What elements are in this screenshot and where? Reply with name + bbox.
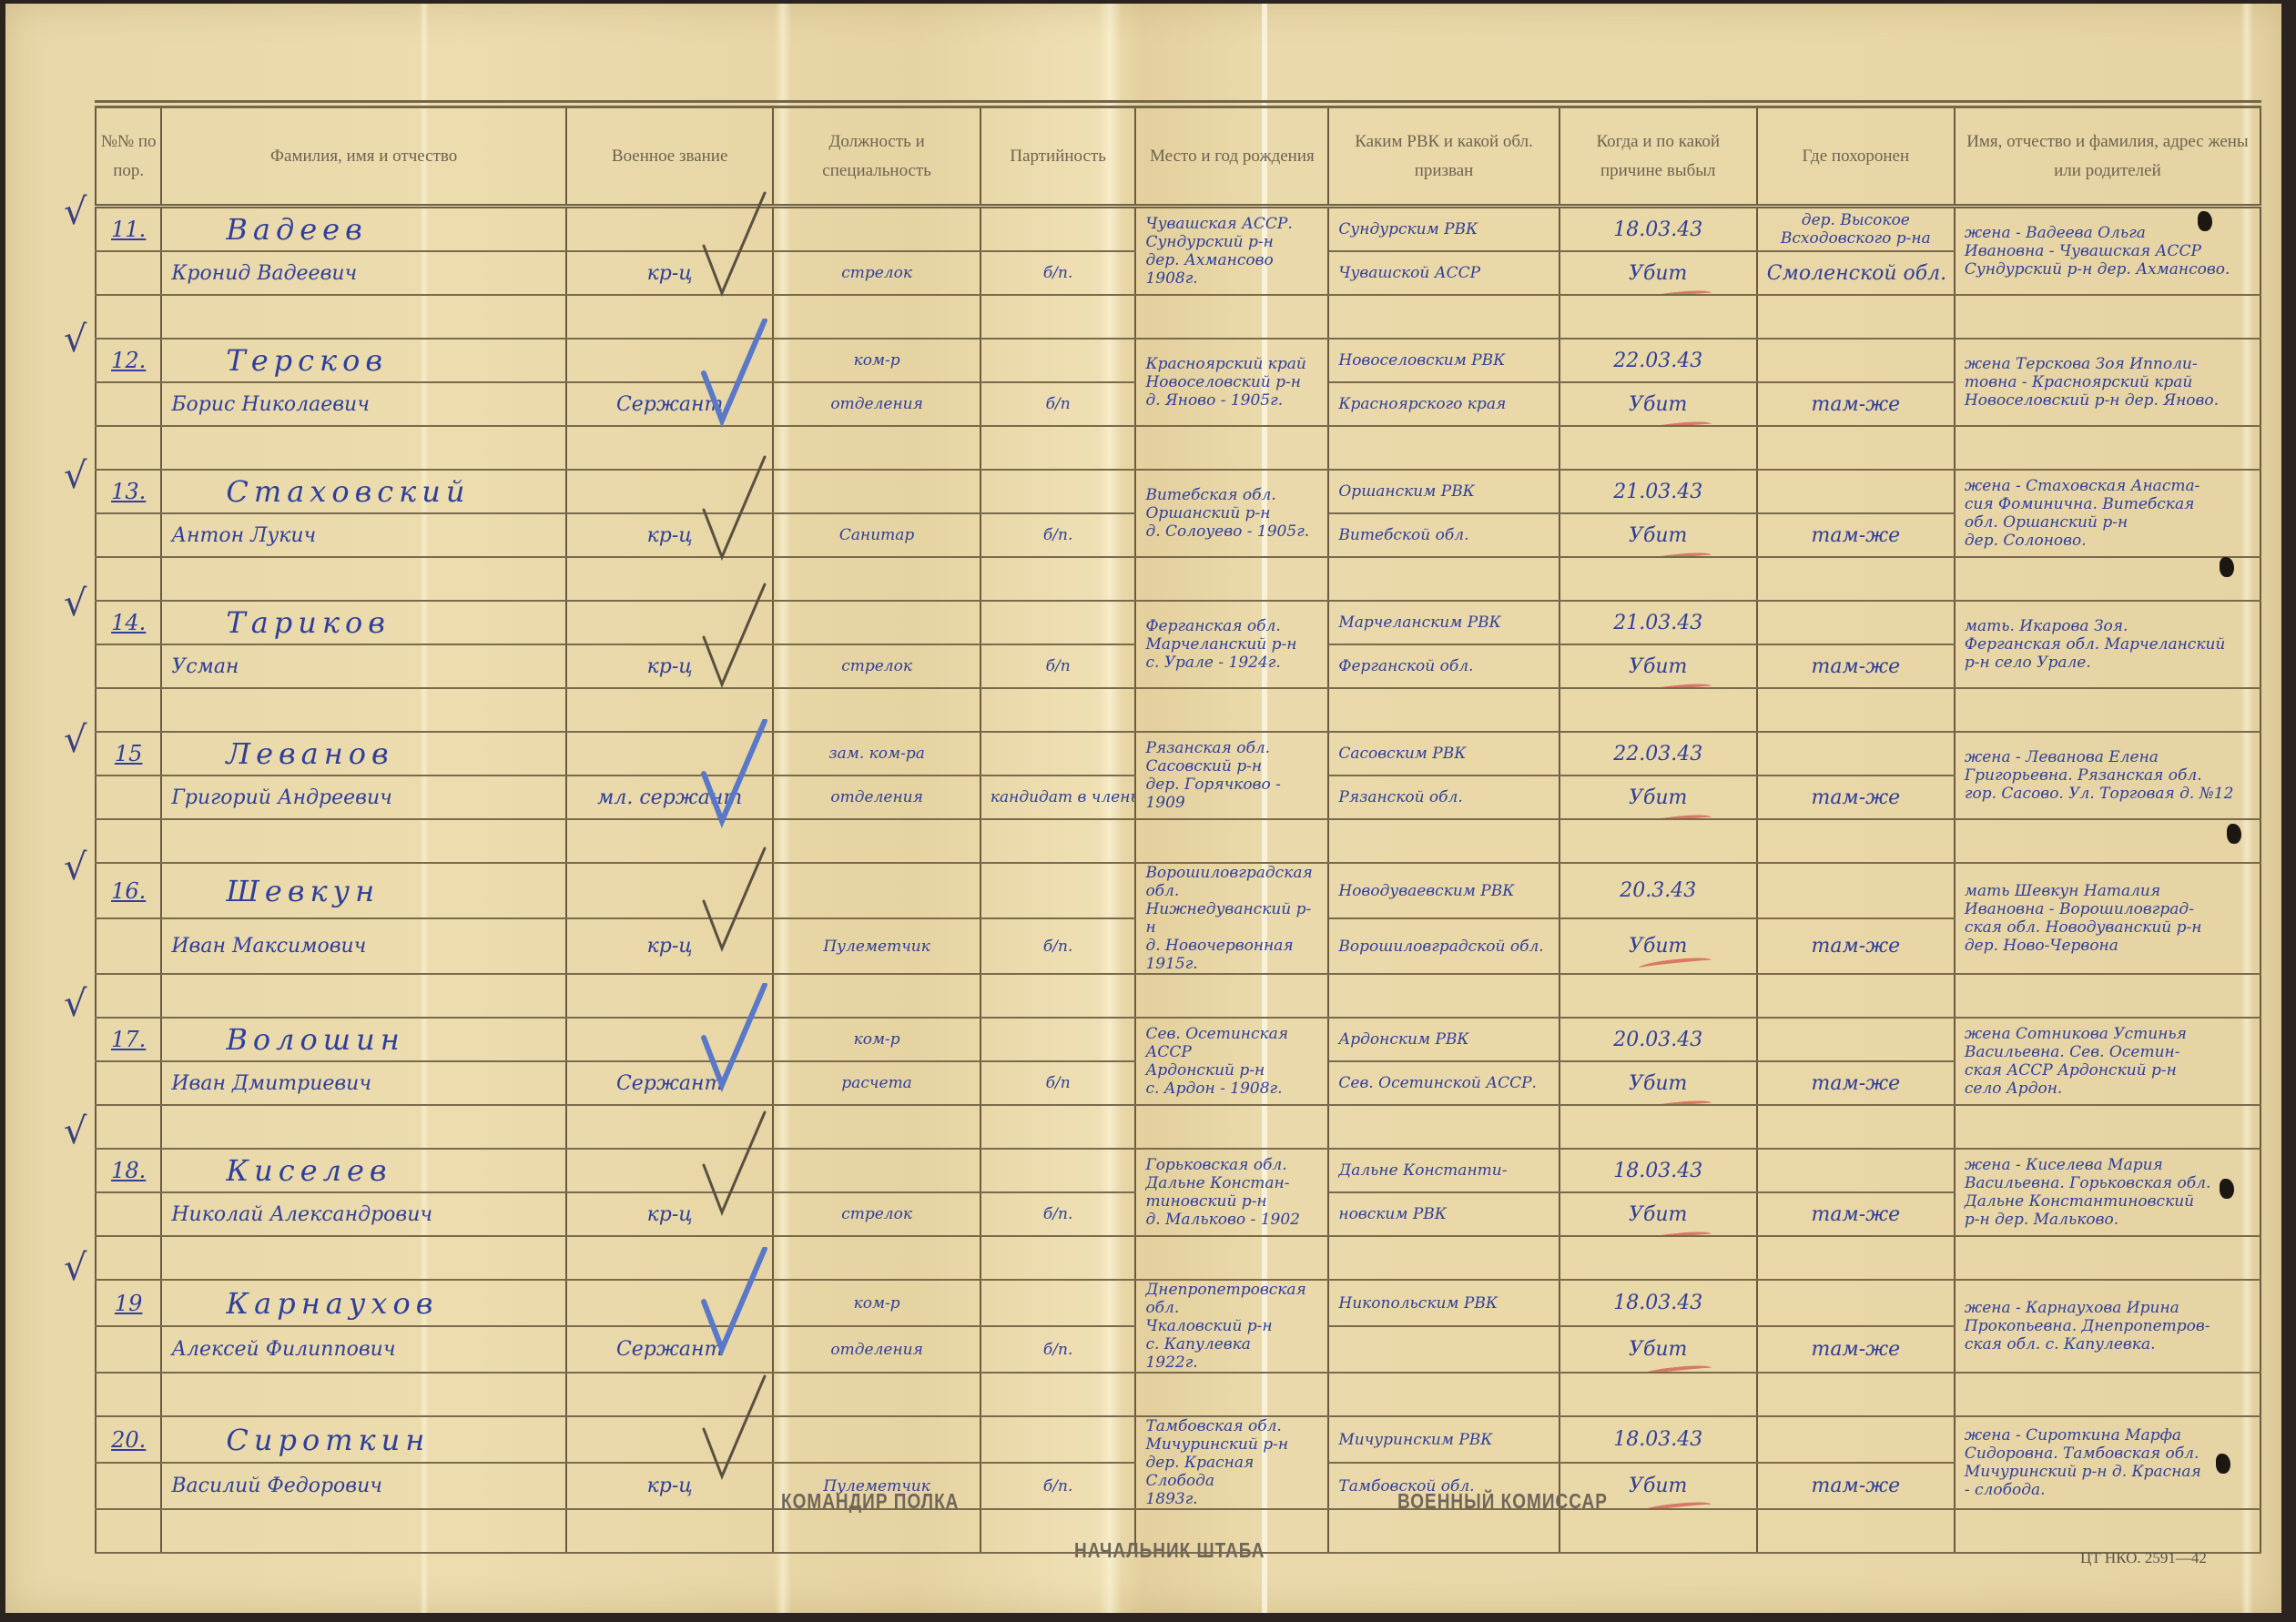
entry-party: б/п. bbox=[980, 1463, 1136, 1509]
entry-reason: Убит bbox=[1559, 1061, 1757, 1105]
entry-position-line: ком-р bbox=[773, 1018, 980, 1061]
entry-reason: Убит bbox=[1559, 776, 1757, 819]
entry-rvk-line: Рязанской обл. bbox=[1328, 776, 1559, 819]
chief-of-staff-label: НАЧАЛЬНИК ШТАБА bbox=[1074, 1540, 1265, 1564]
entry-rvk-line: Сев. Осетинской АССР. bbox=[1328, 1061, 1559, 1105]
entry-given-names: Василий Федорович bbox=[161, 1463, 566, 1509]
header-relatives: Имя, отчество и фамилия, адрес жены или … bbox=[1955, 105, 2260, 207]
entry-gap-cell bbox=[1559, 974, 1757, 1018]
entry-birthplace-line: Оршанский р-н bbox=[1145, 504, 1318, 522]
entry-gap-cell bbox=[96, 819, 161, 863]
entry-birthplace: Чувашская АССР.Сундурский р-ндер. Ахманс… bbox=[1135, 207, 1328, 296]
entry-relatives-line: сия Фоминична. Витебская bbox=[1965, 495, 2250, 513]
entry-burial bbox=[1757, 601, 1955, 644]
entry-gap-cell bbox=[1955, 819, 2260, 863]
entry-gap-cell bbox=[1955, 688, 2260, 732]
header-number: №№ по пор. bbox=[96, 105, 161, 207]
entry-relatives: мать Шевкун НаталияИвановна - Ворошиловг… bbox=[1955, 863, 2260, 974]
entry-gap-cell bbox=[1757, 1236, 1955, 1280]
entry-spacer bbox=[96, 513, 161, 557]
entry-relatives: жена - Карнаухова ИринаПрокопьевна. Днеп… bbox=[1955, 1280, 2260, 1373]
entry-party-blank bbox=[980, 1280, 1136, 1326]
entry-gap-cell bbox=[1955, 1105, 2260, 1149]
margin-check-icon: √ bbox=[64, 191, 87, 233]
entry-gap-cell bbox=[161, 1373, 566, 1416]
entry-burial bbox=[1757, 732, 1955, 776]
entry-gap-cell bbox=[1328, 1373, 1559, 1416]
entry-burial bbox=[1757, 1149, 1955, 1192]
entry-party-blank bbox=[980, 207, 1136, 252]
entry-burial-place: Смоленской обл. bbox=[1757, 251, 1955, 295]
entry-surname: Волошин bbox=[161, 1018, 566, 1061]
entry-burial bbox=[1757, 1018, 1955, 1061]
margin-check-icon: √ bbox=[64, 846, 87, 888]
entry-spacer bbox=[96, 918, 161, 974]
entry-birthplace: Сев. Осетинская АССРАрдонский р-нс. Ардо… bbox=[1135, 1018, 1328, 1105]
header-full-name: Фамилия, имя и отчество bbox=[161, 105, 566, 207]
entry-gap-row bbox=[96, 426, 2260, 470]
verification-check-icon bbox=[696, 455, 769, 564]
entry-relatives-line: ская АССР Ардонский р-н bbox=[1965, 1061, 2250, 1080]
entry-birthplace-line: Тамбовская обл. bbox=[1145, 1417, 1318, 1435]
entry-relatives: жена - Леванова ЕленаГригорьевна. Рязанс… bbox=[1955, 732, 2260, 819]
entry-position-line: отделения bbox=[773, 382, 980, 426]
entry-gap-cell bbox=[1135, 1373, 1328, 1416]
entry-gap-cell bbox=[96, 1236, 161, 1280]
entry-burial-place: там-же bbox=[1757, 776, 1955, 819]
entry-birthplace-line: 1893г. bbox=[1145, 1490, 1318, 1508]
verification-check-icon bbox=[696, 846, 769, 956]
entry-position-line bbox=[773, 207, 980, 252]
entry-number: 13. bbox=[96, 470, 161, 513]
entry-surname: Вадеев bbox=[161, 207, 566, 252]
entry-birthplace-line: с. Урале - 1924г. bbox=[1145, 654, 1318, 672]
entry-row: 17.Волошинком-рСев. Осетинская АССРАрдон… bbox=[96, 1018, 2260, 1061]
entry-birthplace-line: Сундурский р-н bbox=[1145, 233, 1318, 251]
entry-birthplace-line: 1922г. bbox=[1145, 1353, 1318, 1372]
entry-party-blank bbox=[980, 339, 1136, 382]
entry-birthplace-line: дер. Ахмансово bbox=[1145, 251, 1318, 269]
entry-surname: Сироткин bbox=[161, 1416, 566, 1463]
entry-rvk-line: Новоселовским РВК bbox=[1328, 339, 1559, 382]
entry-birthplace-line: Витебская обл. bbox=[1145, 486, 1318, 504]
entry-gap-row bbox=[96, 688, 2260, 732]
entry-surname: Карнаухов bbox=[161, 1280, 566, 1326]
entry-gap-cell bbox=[1135, 295, 1328, 339]
verification-check-icon bbox=[696, 583, 769, 692]
entry-birthplace-line: д. Яново - 1905г. bbox=[1145, 391, 1318, 410]
entry-gap-cell bbox=[161, 974, 566, 1018]
entry-date: 18.03.43 bbox=[1559, 1280, 1757, 1326]
header-date-reason: Когда и по какой причине выбыл bbox=[1559, 105, 1757, 207]
entry-burial-line: дер. Высокое bbox=[1767, 211, 1945, 229]
entry-gap-cell bbox=[1559, 819, 1757, 863]
margin-check-icon: √ bbox=[64, 455, 87, 497]
entry-gap-row bbox=[96, 295, 2260, 339]
entry-party: б/п. bbox=[980, 918, 1136, 974]
entry-burial bbox=[1757, 1416, 1955, 1463]
entry-gap-cell bbox=[773, 974, 980, 1018]
margin-check-icon: √ bbox=[64, 1247, 87, 1289]
entry-position-line: стрелок bbox=[773, 644, 980, 688]
entry-gap-cell bbox=[1955, 1509, 2260, 1553]
entry-gap-cell bbox=[1955, 1236, 2260, 1280]
entry-birthplace: Тамбовская обл.Мичуринский р-ндер. Красн… bbox=[1135, 1416, 1328, 1509]
entry-relatives-line: жена - Стаховская Анаста- bbox=[1965, 477, 2250, 495]
entry-gap-cell bbox=[980, 1105, 1136, 1149]
entry-gap-cell bbox=[161, 1509, 566, 1553]
entry-gap-cell bbox=[1757, 1373, 1955, 1416]
entry-position-line: Санитар bbox=[773, 513, 980, 557]
entry-relatives-line: мать Шевкун Наталия bbox=[1965, 882, 2250, 900]
entry-relatives-line: Мичуринский р-н д. Красная bbox=[1965, 1463, 2250, 1481]
header-rvk: Каким РВК и какой обл. призван bbox=[1328, 105, 1559, 207]
entry-row: 13.СтаховскийВитебская обл.Оршанский р-н… bbox=[96, 470, 2260, 513]
margin-check-icon: √ bbox=[64, 319, 87, 360]
entry-gap-cell bbox=[96, 974, 161, 1018]
entry-party: б/п bbox=[980, 644, 1136, 688]
entry-birthplace-line: Чкаловский р-н bbox=[1145, 1317, 1318, 1335]
entry-relatives-line: жена - Киселева Мария bbox=[1965, 1156, 2250, 1174]
entry-birthplace-line: д. Солоуево - 1905г. bbox=[1145, 522, 1318, 541]
entry-gap-cell bbox=[96, 1509, 161, 1553]
entry-relatives-line: обл. Оршанский р-н bbox=[1965, 513, 2250, 532]
margin-check-icon: √ bbox=[64, 583, 87, 624]
entry-gap-cell bbox=[1559, 688, 1757, 732]
entry-party-blank bbox=[980, 1018, 1136, 1061]
entry-gap-cell bbox=[1757, 1509, 1955, 1553]
entry-party: б/п bbox=[980, 382, 1136, 426]
entry-birthplace-line: Ворошиловградская обл. bbox=[1145, 864, 1318, 900]
entry-gap-cell bbox=[773, 819, 980, 863]
entry-gap-cell bbox=[773, 295, 980, 339]
verification-check-icon bbox=[696, 983, 769, 1092]
entry-rvk-line: Дальне Константи- bbox=[1328, 1149, 1559, 1192]
entry-rvk-line: Новодуваевским РВК bbox=[1328, 863, 1559, 918]
entry-relatives-line: жена - Карнаухова Ирина bbox=[1965, 1299, 2250, 1317]
entry-relatives-line: жена Терскова Зоя Ипполи- bbox=[1965, 355, 2250, 373]
entry-surname: Терсков bbox=[161, 339, 566, 382]
entry-party-blank bbox=[980, 732, 1136, 776]
entry-given-names: Антон Лукич bbox=[161, 513, 566, 557]
entry-rvk-line: Никопольским РВК bbox=[1328, 1280, 1559, 1326]
entry-surname: Тариков bbox=[161, 601, 566, 644]
entry-rvk-line bbox=[1328, 1326, 1559, 1373]
entry-gap-row bbox=[96, 557, 2260, 601]
entry-birthplace-line: Чувашская АССР. bbox=[1145, 215, 1318, 233]
margin-check-icon: √ bbox=[64, 983, 87, 1025]
register-body: 11.ВадеевЧувашская АССР.Сундурский р-нде… bbox=[96, 207, 2260, 1554]
entry-party-blank bbox=[980, 863, 1136, 918]
entry-position-line: ком-р bbox=[773, 339, 980, 382]
entry-number: 18. bbox=[96, 1149, 161, 1192]
entry-birthplace-line: Мичуринский р-н bbox=[1145, 1435, 1318, 1454]
entry-date: 21.03.43 bbox=[1559, 470, 1757, 513]
entry-gap-cell bbox=[161, 426, 566, 470]
entry-gap-cell bbox=[773, 1509, 980, 1553]
entry-position-line: Пулеметчик bbox=[773, 918, 980, 974]
entry-gap-row bbox=[96, 1236, 2260, 1280]
entry-gap-cell bbox=[96, 1105, 161, 1149]
entry-party-blank bbox=[980, 1416, 1136, 1463]
entry-birthplace: Красноярский крайНовоселовский р-нд. Яно… bbox=[1135, 339, 1328, 426]
entry-party-blank bbox=[980, 470, 1136, 513]
entry-gap-cell bbox=[1757, 426, 1955, 470]
entry-burial-place: там-же bbox=[1757, 1326, 1955, 1373]
entry-birthplace-line: Горьковская обл. bbox=[1145, 1156, 1318, 1174]
entry-gap-cell bbox=[1135, 974, 1328, 1018]
entry-relatives-line: ская обл. с. Капулевка. bbox=[1965, 1335, 2250, 1353]
entry-given-names: Алексей Филиппович bbox=[161, 1326, 566, 1373]
entry-given-names: Иван Максимович bbox=[161, 918, 566, 974]
entry-gap-cell bbox=[1757, 819, 1955, 863]
entry-gap-cell bbox=[1559, 1373, 1757, 1416]
entry-surname: Киселев bbox=[161, 1149, 566, 1192]
entry-number: 16. bbox=[96, 863, 161, 918]
header-row: №№ по пор. Фамилия, имя и отчество Военн… bbox=[96, 105, 2260, 207]
entry-position-line bbox=[773, 601, 980, 644]
entry-party: б/п. bbox=[980, 513, 1136, 557]
entry-birthplace-line: Сасовский р-н bbox=[1145, 757, 1318, 776]
form-code: ЦТ НКО. 2591—42 bbox=[2080, 1549, 2207, 1567]
entry-position-line bbox=[773, 863, 980, 918]
entry-gap-cell bbox=[980, 974, 1136, 1018]
entry-gap-cell bbox=[773, 688, 980, 732]
entry-number: 15 bbox=[96, 732, 161, 776]
entry-birthplace-line: Марчеланский р-н bbox=[1145, 635, 1318, 654]
entry-spacer bbox=[96, 251, 161, 295]
entry-position-line: отделения bbox=[773, 1326, 980, 1373]
entry-gap-cell bbox=[1328, 295, 1559, 339]
entry-party-blank bbox=[980, 1149, 1136, 1192]
entry-position-line bbox=[773, 470, 980, 513]
entry-burial-place: там-же bbox=[1757, 644, 1955, 688]
entry-rvk-line: Ардонским РВК bbox=[1328, 1018, 1559, 1061]
entry-burial-place: там-же bbox=[1757, 382, 1955, 426]
entry-rvk-line: Сундурским РВК bbox=[1328, 207, 1559, 252]
entry-position-line bbox=[773, 1149, 980, 1192]
entry-gap-cell bbox=[773, 1236, 980, 1280]
entry-birthplace-line: Сев. Осетинская АССР bbox=[1145, 1025, 1318, 1061]
margin-check-icon: √ bbox=[64, 719, 87, 761]
entry-birthplace-line: с. Капулевка bbox=[1145, 1335, 1318, 1353]
entry-gap-cell bbox=[1757, 557, 1955, 601]
entry-position-line: стрелок bbox=[773, 251, 980, 295]
entry-gap-cell bbox=[161, 688, 566, 732]
entry-gap-cell bbox=[980, 557, 1136, 601]
entry-party: б/п. bbox=[980, 251, 1136, 295]
entry-gap-row bbox=[96, 1105, 2260, 1149]
entry-gap-cell bbox=[161, 295, 566, 339]
header-birth: Место и год рождения bbox=[1135, 105, 1328, 207]
entry-gap-cell bbox=[1559, 1236, 1757, 1280]
entry-burial bbox=[1757, 339, 1955, 382]
entry-row: 15Левановзам. ком-раРязанская обл.Сасовс… bbox=[96, 732, 2260, 776]
entry-burial bbox=[1757, 1280, 1955, 1326]
entry-date: 22.03.43 bbox=[1559, 339, 1757, 382]
entry-relatives-line: р-н село Урале. bbox=[1965, 654, 2250, 672]
entry-gap-cell bbox=[980, 426, 1136, 470]
entry-birthplace-line: Новоселовский р-н bbox=[1145, 373, 1318, 391]
entry-surname: Стаховский bbox=[161, 470, 566, 513]
paper-damage-hole bbox=[2220, 557, 2234, 577]
entry-relatives-line: дер. Ново-Червона bbox=[1965, 937, 2250, 955]
entry-number: 17. bbox=[96, 1018, 161, 1061]
entry-gap-cell bbox=[1135, 1105, 1328, 1149]
entry-party-blank bbox=[980, 601, 1136, 644]
entry-birthplace-line: Красноярский край bbox=[1145, 355, 1318, 373]
entry-party: б/п. bbox=[980, 1192, 1136, 1236]
entry-given-names: Григорий Андреевич bbox=[161, 776, 566, 819]
entry-row: 11.ВадеевЧувашская АССР.Сундурский р-нде… bbox=[96, 207, 2260, 252]
entry-birthplace-line: Ферганская обл. bbox=[1145, 617, 1318, 635]
entry-birthplace: Ферганская обл.Марчеланский р-нс. Урале … bbox=[1135, 601, 1328, 688]
entry-relatives: жена - Сироткина МарфаСидоровна. Тамбовс… bbox=[1955, 1416, 2260, 1509]
verification-check-icon bbox=[696, 1110, 769, 1220]
entry-row: 18.КиселевГорьковская обл.Дальне Констан… bbox=[96, 1149, 2260, 1192]
paper-damage-hole bbox=[2216, 1454, 2230, 1474]
entry-given-names: Усман bbox=[161, 644, 566, 688]
entry-given-names: Иван Дмитриевич bbox=[161, 1061, 566, 1105]
entry-gap-cell bbox=[1135, 1236, 1328, 1280]
entry-birthplace: Рязанская обл.Сасовский р-ндер. Горячков… bbox=[1135, 732, 1328, 819]
entry-birthplace-line: д. Новочервонная bbox=[1145, 937, 1318, 955]
entry-birthplace: Витебская обл.Оршанский р-нд. Солоуево -… bbox=[1135, 470, 1328, 557]
entry-surname: Леванов bbox=[161, 732, 566, 776]
verification-check-icon bbox=[696, 719, 769, 828]
entry-gap-cell bbox=[1559, 426, 1757, 470]
entry-gap-cell bbox=[773, 1105, 980, 1149]
entry-relatives-line: Прокопьевна. Днепропетров- bbox=[1965, 1317, 2250, 1335]
entry-date: 18.03.43 bbox=[1559, 1149, 1757, 1192]
verification-check-icon bbox=[696, 191, 769, 300]
header-burial: Где похоронен bbox=[1757, 105, 1955, 207]
entry-gap-cell bbox=[1135, 426, 1328, 470]
entry-gap-cell bbox=[1559, 1509, 1757, 1553]
margin-check-icon: √ bbox=[64, 1110, 87, 1152]
entry-party: кандидат в члены ВКП(б) bbox=[980, 776, 1136, 819]
entry-date: 20.3.43 bbox=[1559, 863, 1757, 918]
entry-gap-cell bbox=[773, 557, 980, 601]
entry-number: 19 bbox=[96, 1280, 161, 1326]
entry-row: 12.Терсковком-рКрасноярский крайНовосело… bbox=[96, 339, 2260, 382]
entry-gap-cell bbox=[1757, 295, 1955, 339]
entry-gap-cell bbox=[1328, 688, 1559, 732]
entry-gap-cell bbox=[1955, 557, 2260, 601]
entry-number: 20. bbox=[96, 1416, 161, 1463]
entry-gap-cell bbox=[1955, 1373, 2260, 1416]
entry-burial-place: там-же bbox=[1757, 918, 1955, 974]
entry-date: 21.03.43 bbox=[1559, 601, 1757, 644]
entry-birthplace-line: Ардонский р-н bbox=[1145, 1061, 1318, 1080]
entry-relatives-line: Ивановна - Чувашская АССР bbox=[1965, 242, 2250, 260]
entry-gap-cell bbox=[161, 819, 566, 863]
entry-reason: Убит bbox=[1559, 1326, 1757, 1373]
entry-party: б/п bbox=[980, 1061, 1136, 1105]
entry-relatives-line: жена - Леванова Елена bbox=[1965, 748, 2250, 766]
entry-birthplace-line: Дальне Констан- bbox=[1145, 1174, 1318, 1192]
entry-position-line: стрелок bbox=[773, 1192, 980, 1236]
entry-gap-cell bbox=[1135, 557, 1328, 601]
entry-gap-cell bbox=[980, 688, 1136, 732]
entry-position-line: отделения bbox=[773, 776, 980, 819]
entry-gap-cell bbox=[161, 1236, 566, 1280]
entry-gap-cell bbox=[1955, 974, 2260, 1018]
entry-relatives-line: Григорьевна. Рязанская обл. bbox=[1965, 766, 2250, 785]
entry-surname: Шевкун bbox=[161, 863, 566, 918]
entry-birthplace-line: 1908г. bbox=[1145, 269, 1318, 288]
entry-reason: Убит bbox=[1559, 918, 1757, 974]
paper-damage-hole bbox=[2220, 1179, 2234, 1199]
entry-gap-cell bbox=[1955, 426, 2260, 470]
entry-reason: Убит bbox=[1559, 251, 1757, 295]
entry-relatives-line: Дальне Константиновский bbox=[1965, 1192, 2250, 1211]
entry-gap-cell bbox=[1328, 557, 1559, 601]
entry-burial bbox=[1757, 470, 1955, 513]
header-position: Должность и специальность bbox=[773, 105, 980, 207]
entry-rvk-line: новским РВК bbox=[1328, 1192, 1559, 1236]
entry-spacer bbox=[96, 1463, 161, 1509]
entry-given-names: Николай Александрович bbox=[161, 1192, 566, 1236]
verification-check-icon bbox=[696, 319, 769, 428]
entry-gap-cell bbox=[1328, 1105, 1559, 1149]
casualty-register-table: №№ по пор. Фамилия, имя и отчество Военн… bbox=[95, 100, 2261, 1554]
entry-number: 11. bbox=[96, 207, 161, 252]
entry-birthplace-line: 1915г. bbox=[1145, 955, 1318, 973]
entry-given-names: Борис Николаевич bbox=[161, 382, 566, 426]
entry-reason: Убит bbox=[1559, 382, 1757, 426]
entry-rvk-line: Витебской обл. bbox=[1328, 513, 1559, 557]
entry-relatives: мать. Икарова Зоя.Ферганская обл. Марчел… bbox=[1955, 601, 2260, 688]
entry-date: 18.03.43 bbox=[1559, 1416, 1757, 1463]
entry-relatives-line: жена Сотникова Устинья bbox=[1965, 1025, 2250, 1043]
entry-position-line: расчета bbox=[773, 1061, 980, 1105]
entry-relatives-line: мать. Икарова Зоя. bbox=[1965, 617, 2250, 635]
entry-gap-row bbox=[96, 819, 2260, 863]
entry-date: 18.03.43 bbox=[1559, 207, 1757, 252]
entry-gap-cell bbox=[1955, 295, 2260, 339]
entry-reason: Убит bbox=[1559, 644, 1757, 688]
entry-gap-cell bbox=[980, 295, 1136, 339]
entry-spacer bbox=[96, 1061, 161, 1105]
entry-relatives-line: - слобода. bbox=[1965, 1481, 2250, 1499]
entry-position-line: зам. ком-ра bbox=[773, 732, 980, 776]
entry-row: 20.СироткинТамбовская обл.Мичуринский р-… bbox=[96, 1416, 2260, 1463]
entry-gap-cell bbox=[1328, 426, 1559, 470]
entry-gap-cell bbox=[1559, 295, 1757, 339]
entry-spacer bbox=[96, 776, 161, 819]
entry-relatives-line: Васильевна. Горьковская обл. bbox=[1965, 1174, 2250, 1192]
paper-damage-hole bbox=[2227, 824, 2241, 844]
entry-birthplace-line: Днепропетровская обл. bbox=[1145, 1281, 1318, 1317]
entry-gap-cell bbox=[96, 295, 161, 339]
entry-relatives-line: Ивановна - Ворошиловград- bbox=[1965, 900, 2250, 918]
entry-birthplace-line: с. Ардон - 1908г. bbox=[1145, 1080, 1318, 1098]
entry-birthplace: Ворошиловградская обл.Нижнедуванский р-н… bbox=[1135, 863, 1328, 974]
entry-relatives-line: гор. Сасово. Ул. Торговая д. №12 bbox=[1965, 785, 2250, 803]
entry-gap-cell bbox=[1135, 819, 1328, 863]
entry-gap-cell bbox=[1328, 974, 1559, 1018]
entry-burial-place: там-же bbox=[1757, 513, 1955, 557]
entry-relatives: жена Терскова Зоя Ипполи-товна - Красноя… bbox=[1955, 339, 2260, 426]
header-party: Партийность bbox=[980, 105, 1136, 207]
entry-rvk-line: Красноярского края bbox=[1328, 382, 1559, 426]
entry-date: 20.03.43 bbox=[1559, 1018, 1757, 1061]
entry-row: 16.ШевкунВорошиловградская обл.Нижнедува… bbox=[96, 863, 2260, 918]
entry-burial-place: там-же bbox=[1757, 1061, 1955, 1105]
entry-relatives: жена - Киселева МарияВасильевна. Горьков… bbox=[1955, 1149, 2260, 1236]
entry-birthplace-line: Рязанская обл. bbox=[1145, 739, 1318, 757]
